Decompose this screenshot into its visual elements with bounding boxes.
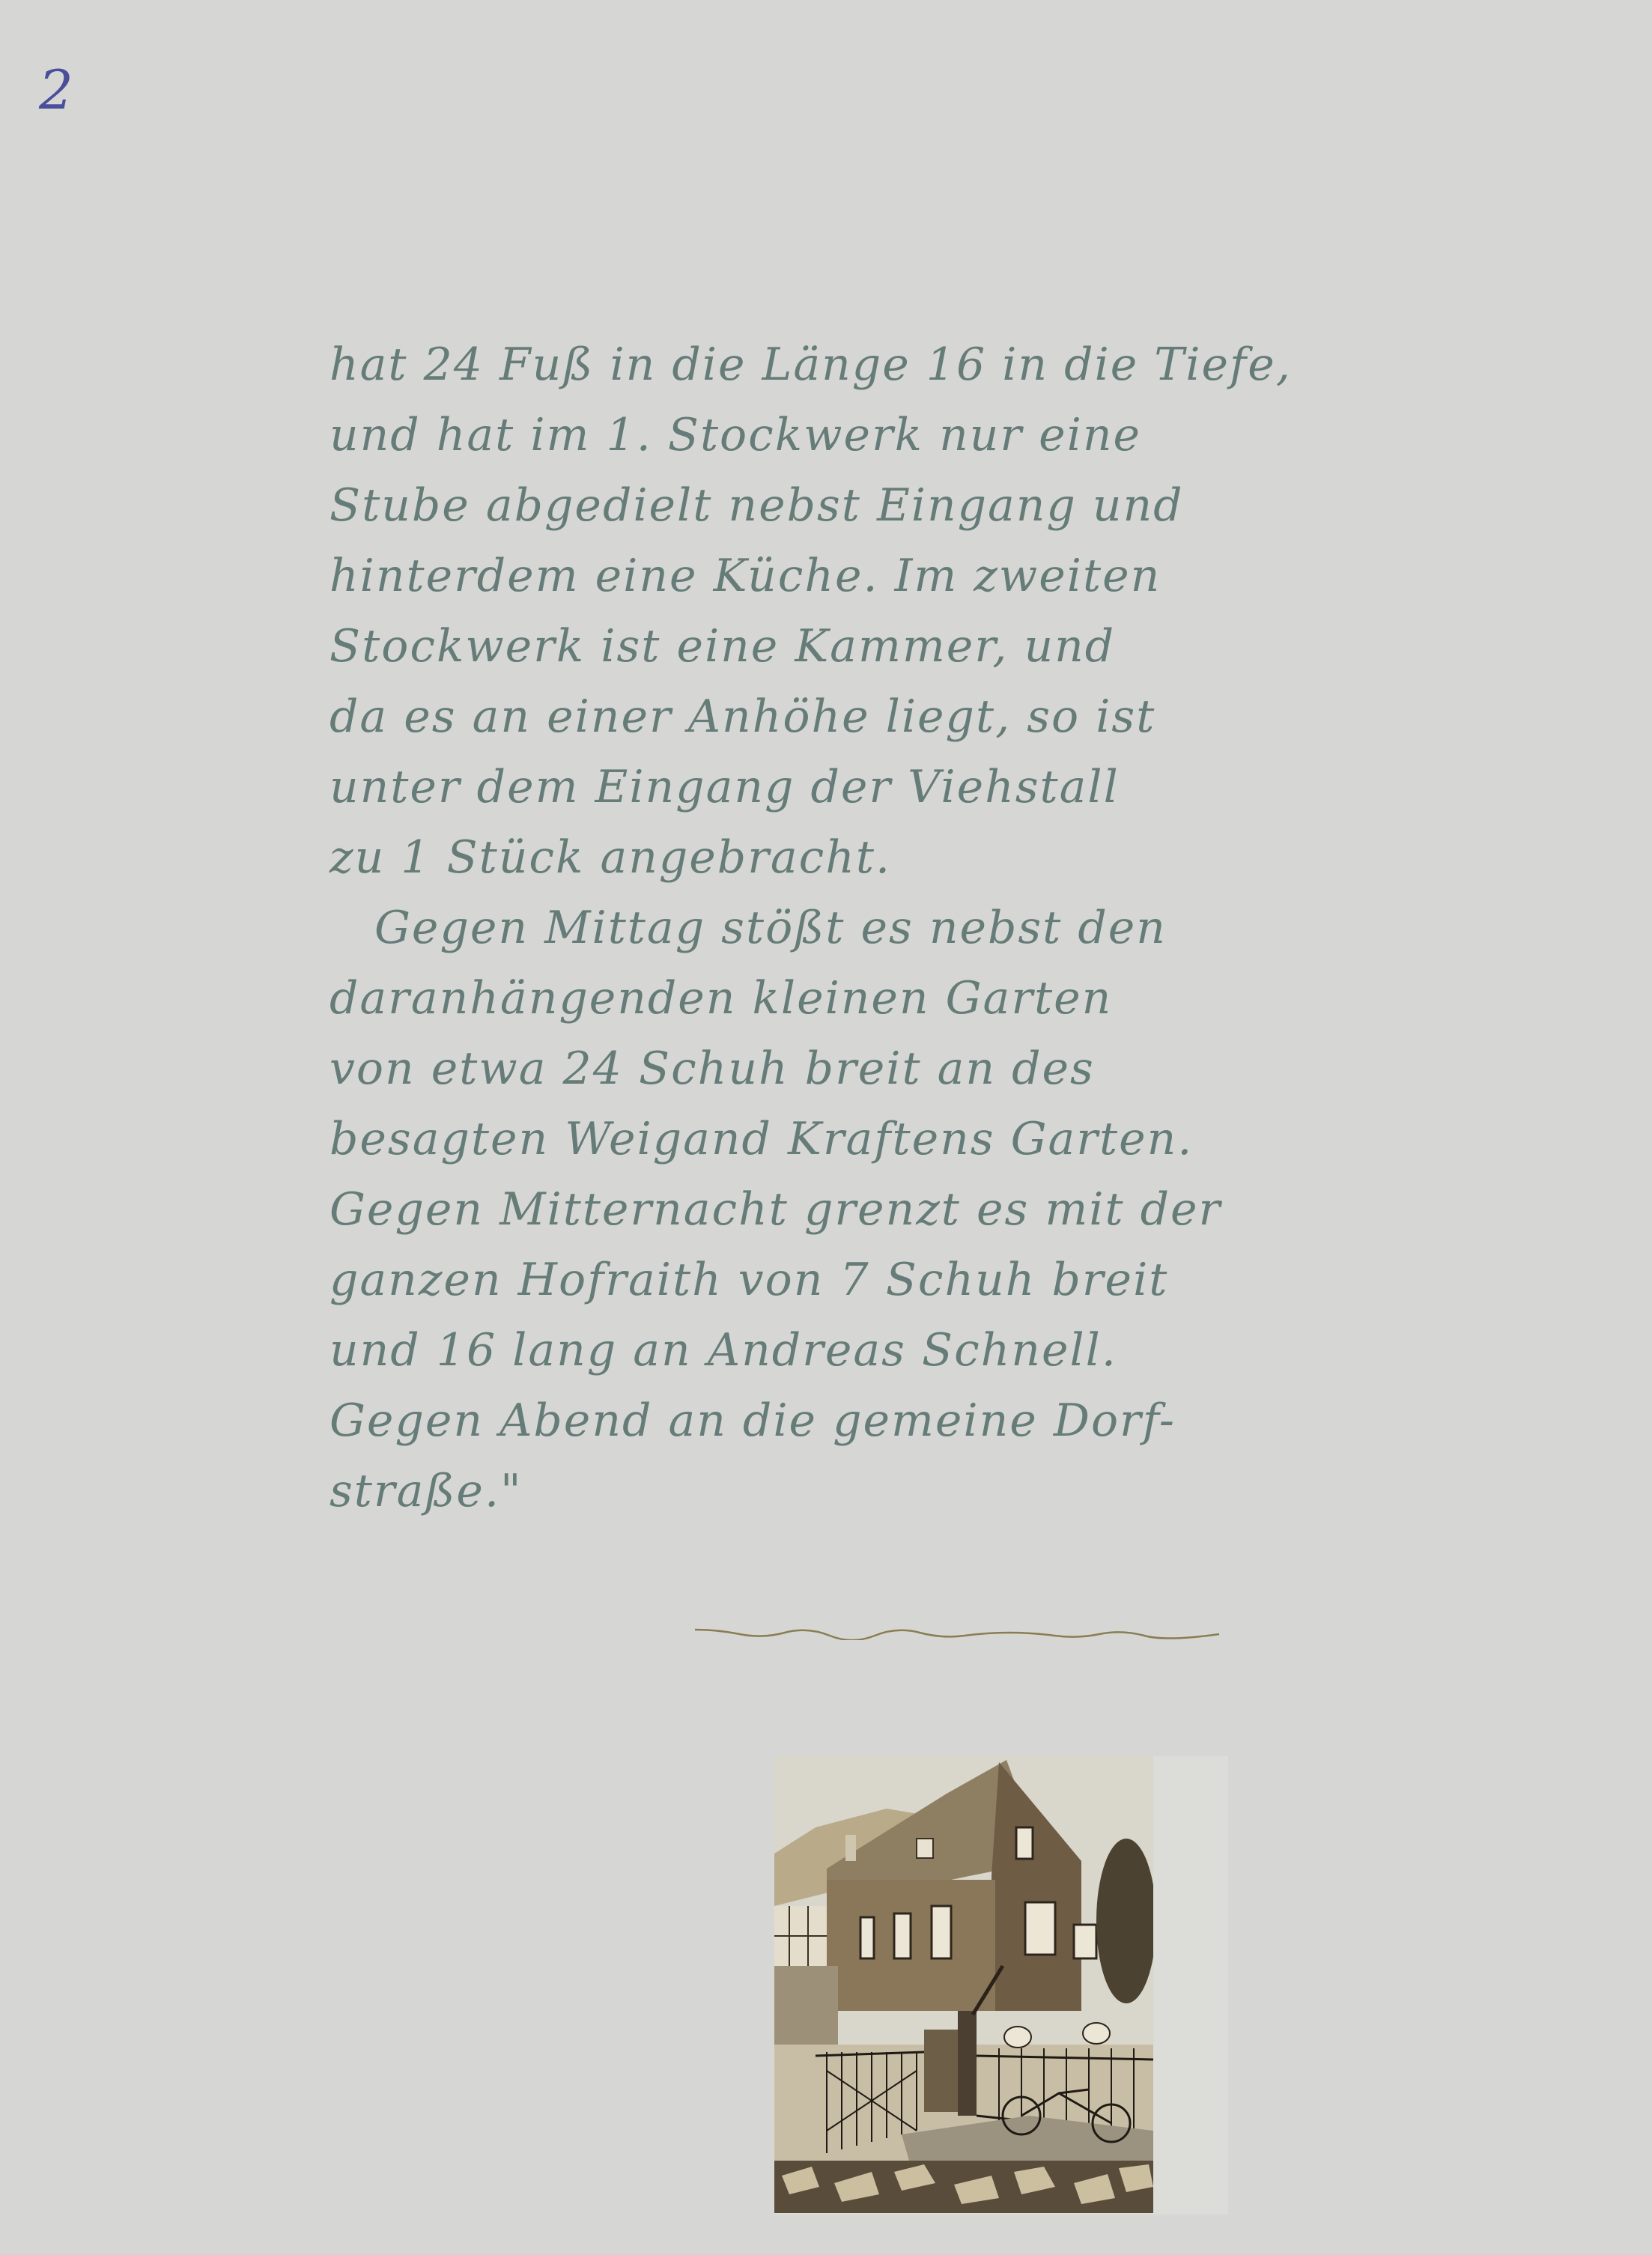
text-line: von etwa 24 Schuh breit an des: [330, 1034, 1573, 1104]
text-line: ganzen Hofraith von 7 Schuh breit: [330, 1245, 1573, 1315]
farmhouse-photo: [774, 1756, 1153, 2213]
text-line: Gegen Abend an die gemeine Dorf-: [330, 1386, 1573, 1456]
wavy-divider: [695, 1625, 1219, 1640]
text-line: Gegen Mitternacht grenzt es mit der: [330, 1174, 1573, 1245]
text-line: und hat im 1. Stockwerk nur eine: [330, 400, 1573, 470]
text-line: hinterdem eine Küche. Im zweiten: [330, 541, 1573, 611]
text-line: unter dem Eingang der Viehstall: [330, 752, 1573, 822]
text-line: besagten Weigand Kraftens Garten.: [330, 1104, 1573, 1174]
text-line: zu 1 Stück angebracht.: [330, 822, 1573, 893]
page-number: 2: [39, 58, 73, 121]
text-line: hat 24 Fuß in die Länge 16 in die Tiefe,: [330, 330, 1573, 400]
handwritten-text: hat 24 Fuß in die Länge 16 in die Tiefe,…: [330, 330, 1573, 1526]
text-line: Gegen Mittag stößt es nebst den: [330, 893, 1573, 963]
text-line: und 16 lang an Andreas Schnell.: [330, 1315, 1573, 1386]
text-line: da es an einer Anhöhe liegt, so ist: [330, 682, 1573, 752]
text-line: Stube abgedielt nebst Eingang und: [330, 470, 1573, 541]
text-line: daranhängenden kleinen Garten: [330, 963, 1573, 1034]
text-line: straße.": [330, 1456, 1573, 1526]
text-line: Stockwerk ist eine Kammer, und: [330, 611, 1573, 682]
